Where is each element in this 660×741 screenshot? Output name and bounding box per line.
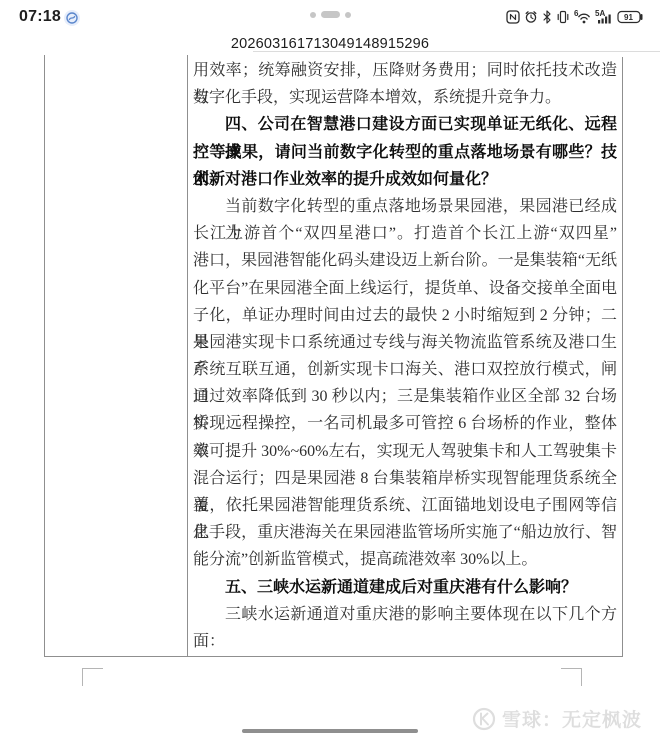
doc-line: 长江上游首个“双四星港口”。打造首个长江上游“双四星” [193,220,617,247]
table-border-bottom [44,656,623,657]
cutout-dot-left [310,12,316,18]
doc-line: 创新对港口作业效率的提升成效如何量化？ [193,166,617,193]
signal-icon: 5A [595,10,613,24]
doc-line: 三峡水运新通道对重庆港的影响主要体现在以下几个方 [193,601,617,628]
nfc-icon [506,10,520,24]
doc-line: 当前数字化转型的重点落地场景果园港，果园港已经成为 [193,193,617,220]
cutout-dot-right [345,12,351,18]
alarm-icon [524,10,538,24]
battery-icon: 91 [617,10,644,24]
wifi-icon: 6 [574,10,591,24]
cutout-pill [321,11,340,18]
doc-line: 五、三峡水运新通道建成后对重庆港有什么影响？ [193,574,617,601]
doc-line: 率可提升 30%~60%左右，实现无人驾驶集卡和人工驾驶集卡 [193,438,617,465]
home-indicator[interactable] [242,729,418,733]
page-corner-mark-right [561,668,582,686]
table-border-right [622,57,623,656]
document-text-column: 用效率；统筹融资安排，压降财务费用；同时依托技术改造与数字化手段，实现运营降本增… [193,57,617,655]
doc-line: 能分流”创新监管模式，提高疏港效率 30%以上。 [193,546,617,573]
xueqiu-logo-icon [472,707,496,731]
doc-line: 港口，果园港智能化码头建设迈上新台阶。一是集装箱“无纸 [193,247,617,274]
doc-line: 面： [193,628,617,655]
vibrate-icon [556,10,570,24]
network-label: 5A [595,10,605,18]
watermark-text: 雪球：无定枫波 [502,705,642,732]
doc-line: 混合运行；四是果园港 8 台集装箱岸桥实现智能理货系统全覆 [193,465,617,492]
doc-line: 四、公司在智慧港口建设方面已实现单证无纸化、远程操 [193,111,617,138]
table-column-divider [187,55,188,656]
table-border-left [44,55,45,656]
doc-line: 系统互联互通，创新实现卡口海关、港口双控放行模式，闸口 [193,356,617,383]
doc-line: 通过效率降低到 30 秒以内；三是集装箱作业区全部 32 台场桥 [193,383,617,410]
doc-line: 化平台”在果园港全面上线运行，提货单、设备交接单全面电 [193,275,617,302]
status-icons: 6 5A 91 [506,8,644,26]
doc-line: 数字化手段，实现运营降本增效，系统提升竞争力。 [193,84,617,111]
page-corner-mark-left [82,668,103,686]
status-bar: 07:18 6 [0,0,660,32]
bluetooth-icon [542,10,552,24]
image-edge-line [253,51,660,52]
watermark: 雪球：无定枫波 [472,705,642,732]
battery-percent: 91 [624,13,633,22]
doc-line: 果园港实现卡口系统通过专线与海关物流监管系统及港口生产 [193,329,617,356]
doc-line: 盖，依托果园港智能理货系统、江面锚地划设电子围网等信息 [193,492,617,519]
doc-line: 子化，单证办理时间由过去的最快 2 小时缩短到 2 分钟；二是 [193,302,617,329]
screenshot-serial-number: 202603161713049148915296 [0,36,660,52]
doc-line: 化手段，重庆港海关在果园港监管场所实施了“船边放行、智 [193,519,617,546]
doc-line: 用效率；统筹融资安排，压降财务费用；同时依托技术改造与 [193,57,617,84]
doc-line: 控等成果，请问当前数字化转型的重点落地场景有哪些？技术 [193,139,617,166]
doc-line: 实现远程操控，一名司机最多可管控 6 台场桥的作业，整体效 [193,410,617,437]
